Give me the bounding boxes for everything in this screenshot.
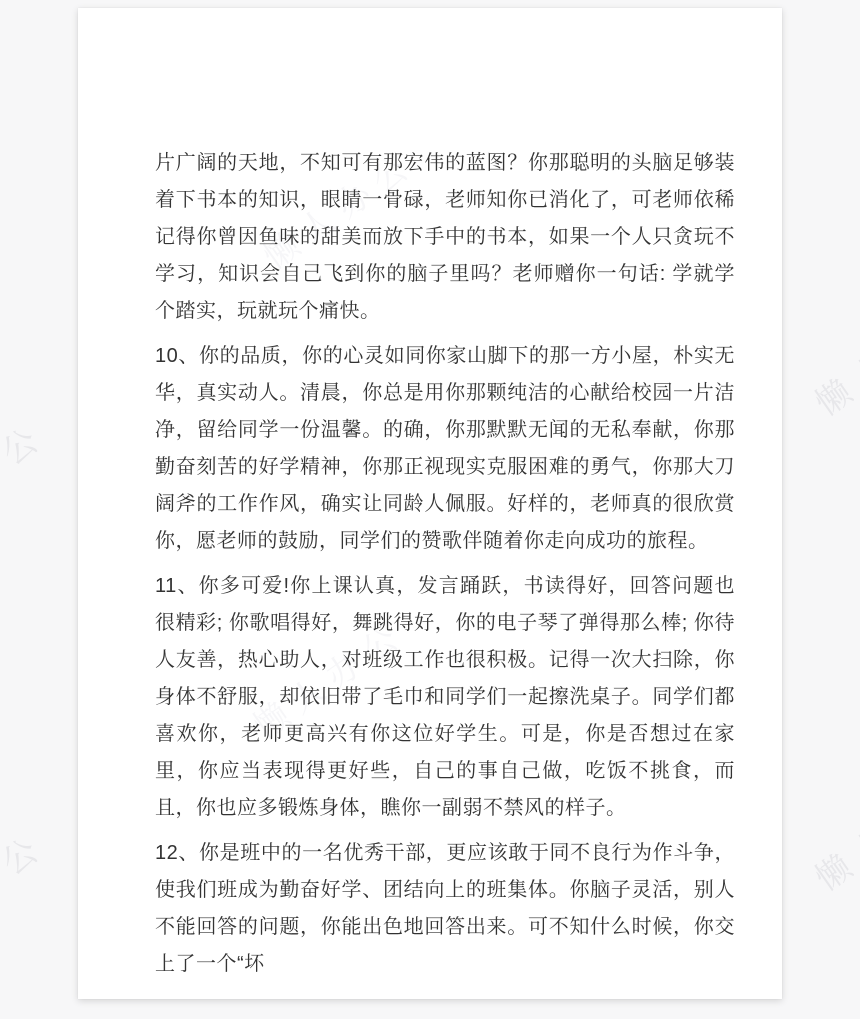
paragraph-item-10: 10、你的品质，你的心灵如同你家山脚下的那一方小屋，朴实无华，真实动人。清晨，你… [155, 338, 735, 560]
document-viewer: 懒人办公 懒人办公 懒人办公 懒人办公 懒人办公 懒人办公 片广阔的天地，不知可… [0, 0, 860, 1019]
watermark-text: 懒人办公 [804, 759, 860, 900]
paragraph-item-11: 11、你多可爱!你上课认真，发言踊跃，书读得好，回答问题也很精彩; 你歌唱得好，… [155, 568, 735, 827]
paragraph-continuation: 片广阔的天地，不知可有那宏伟的蓝图？你那聪明的头脑足够装着下书本的知识，眼睛一骨… [155, 145, 735, 330]
watermark-text: 懒人办公 [804, 284, 860, 425]
document-page: 懒人办公 懒人办公 片广阔的天地，不知可有那宏伟的蓝图？你那聪明的头脑足够装着下… [78, 8, 782, 999]
document-text-body: 片广阔的天地，不知可有那宏伟的蓝图？你那聪明的头脑足够装着下书本的知识，眼睛一骨… [155, 145, 735, 983]
paragraph-item-12: 12、你是班中的一名优秀干部，更应该敢于同不良行为作斗争，使我们班成为勤奋好学、… [155, 835, 735, 983]
watermark-text: 懒人办公 [0, 409, 54, 550]
watermark-text: 懒人办公 [0, 819, 54, 960]
